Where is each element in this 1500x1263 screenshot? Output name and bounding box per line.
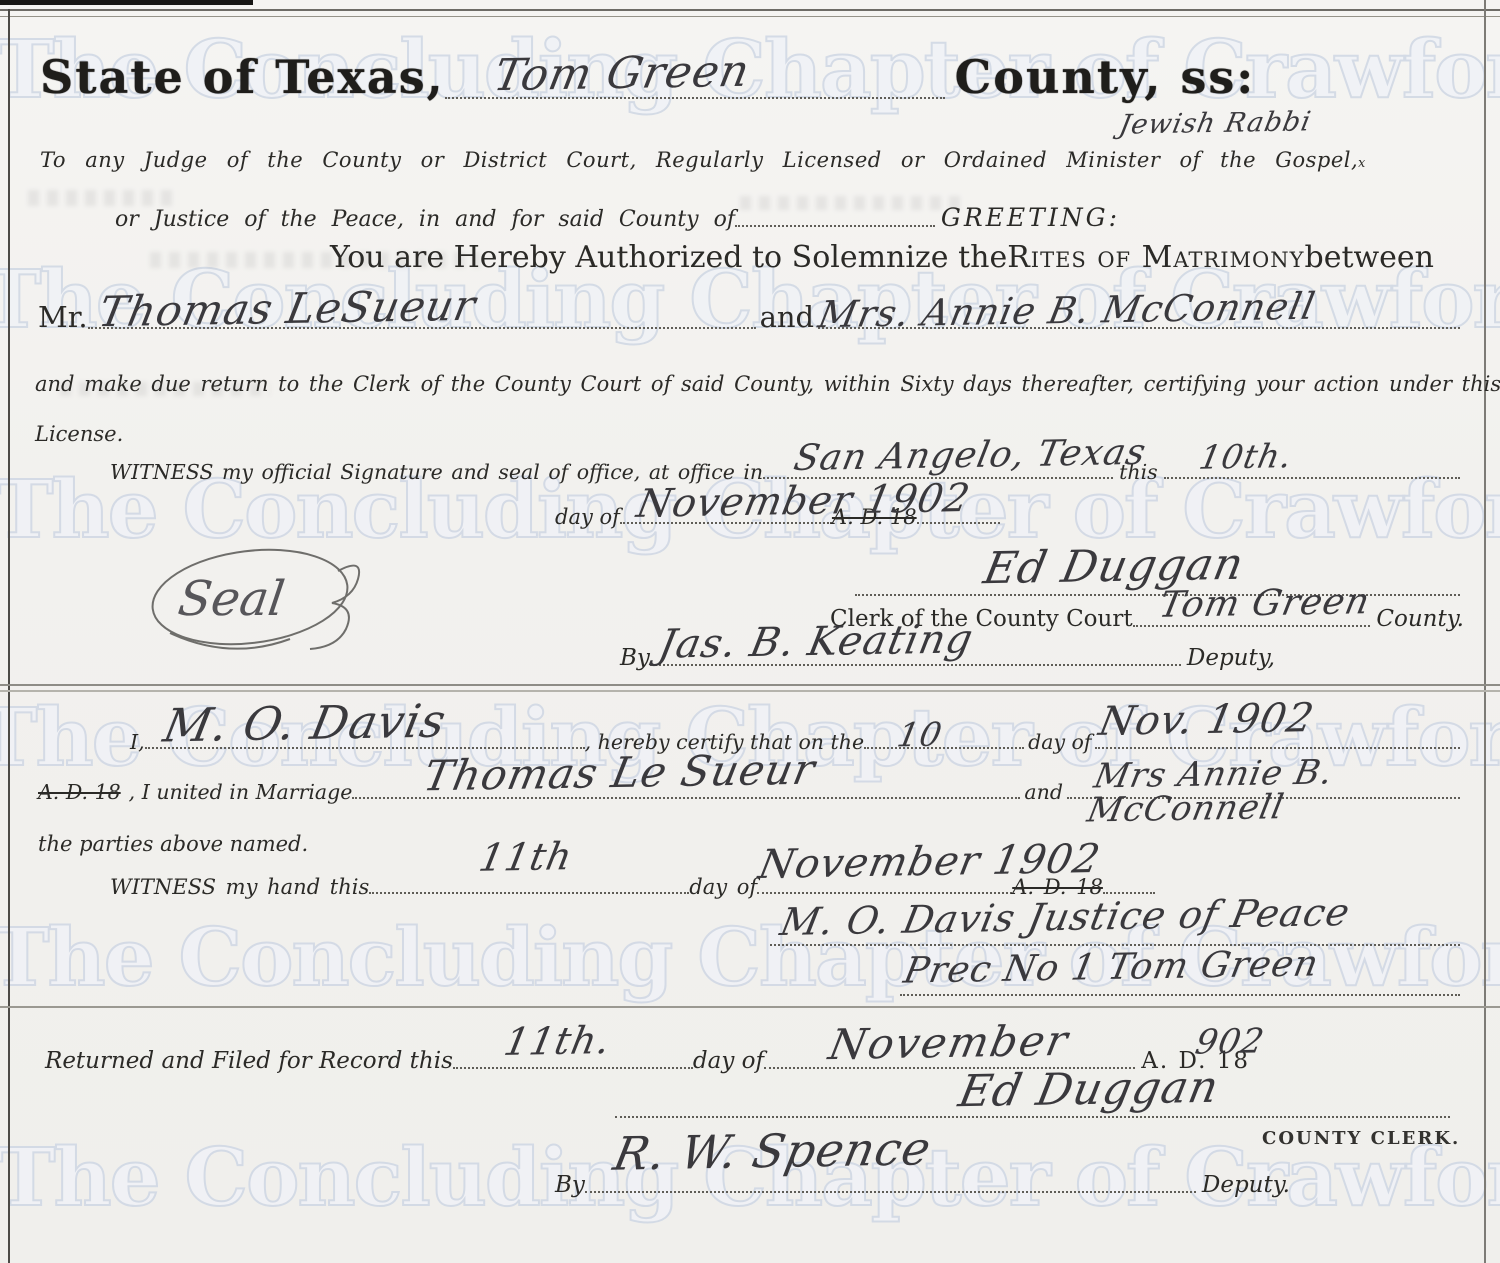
officiant-signature-handwritten: M. O. Davis Justice of Peace xyxy=(777,893,1353,941)
right-border-line xyxy=(1484,0,1486,1263)
county-clerk-label: COUNTY CLERK. xyxy=(1262,1128,1460,1149)
county-handwritten: Tom Green xyxy=(490,50,753,98)
return-clause-text: and make due return to the Clerk of the … xyxy=(35,372,1500,396)
county-of-blank-line xyxy=(735,225,935,227)
authorization-text-1: You are Hereby Authorized to Solemnize t… xyxy=(330,240,1007,275)
parties-named-line: the parties above named. xyxy=(38,832,308,856)
addressee-line2: or Justice of the Peace, in and for said… xyxy=(115,203,1120,232)
license-day-handwritten: 10th. xyxy=(1197,439,1296,474)
cert-month-blank xyxy=(1095,747,1460,749)
place-handwritten: San Angelo, Texas xyxy=(791,435,1149,477)
rites-of-matrimony-text: Rites of Matrimony xyxy=(1007,240,1304,275)
clerk-county-handwritten: Tom Green xyxy=(1156,584,1373,624)
seal-word: Seal xyxy=(175,571,288,627)
justice-of-peace-text: or Justice of the Peace, in and for said… xyxy=(115,207,735,232)
filed-by-label: By xyxy=(555,1172,585,1198)
filed-year-overwrite-handwritten: 902 xyxy=(1193,1024,1268,1059)
deputy-label: Deputy, xyxy=(1187,645,1275,671)
cert-bride-handwritten: Mrs Annie B. McConnell xyxy=(1085,752,1500,827)
witness-office-text: WITNESS my official Signature and seal o… xyxy=(110,460,763,484)
seal-flourish: Seal xyxy=(130,533,380,668)
scan-edge-bar xyxy=(0,0,253,5)
bride-name-handwritten: Mrs. Annie B. McConnell xyxy=(816,288,1319,334)
county-ss-heading: County, ss: xyxy=(955,50,1256,104)
marriage-license-document: The Concluding Chapter of Crawford The C… xyxy=(0,0,1500,1263)
cert-month-year-handwritten: Nov. 1902 xyxy=(1096,698,1318,742)
jewish-rabbi-annotation: Jewish Rabbi xyxy=(1117,108,1314,138)
left-border-line xyxy=(8,9,10,1263)
greeting-label: GREETING: xyxy=(941,203,1120,232)
state-heading: State of Texas, xyxy=(40,50,445,104)
day-of-label: day of xyxy=(555,505,620,529)
filed-text: Returned and Filed for Record this xyxy=(45,1048,453,1074)
parties-named-text: the parties above named. xyxy=(38,832,308,856)
header-line: State of Texas, County, ss: xyxy=(40,50,1470,104)
authorization-text-2: between xyxy=(1304,240,1434,275)
filed-month-handwritten: November xyxy=(825,1020,1072,1066)
county-suffix-text: County. xyxy=(1376,606,1464,632)
license-line: License. xyxy=(35,422,123,446)
and-label: and xyxy=(760,300,815,334)
insertion-caret-mark: x xyxy=(1358,155,1366,170)
county-clerk-label-line: COUNTY CLERK. xyxy=(1262,1128,1460,1149)
witness-month-year-handwritten: November 1902 xyxy=(755,839,1103,885)
date-trailing-dots xyxy=(917,522,1000,524)
license-month-year-handwritten: November 1902 xyxy=(634,479,974,524)
witness-day-blank xyxy=(369,892,689,894)
addressee-line1: To any Judge of the County or District C… xyxy=(40,148,1480,172)
officiant-name-handwritten: M. O. Davis xyxy=(160,698,450,749)
authorization-line: You are Hereby Authorized to Solemnize t… xyxy=(330,240,1434,275)
addressee-text: To any Judge of the County or District C… xyxy=(40,148,1358,172)
cert-ad18-struck: A. D. 18 xyxy=(38,780,121,804)
filed-clerk-signature-line xyxy=(615,1116,1450,1118)
deputy-signature-handwritten: Jas. B. Keating xyxy=(656,619,977,664)
witness-day-handwritten: 11th xyxy=(476,837,576,877)
cert-day-of-label: day of xyxy=(1028,730,1091,754)
cert-day-blank xyxy=(864,747,1024,749)
precinct-handwritten: Prec No 1 Tom Green xyxy=(901,946,1322,989)
witness-day-of-label: day of xyxy=(689,875,757,899)
witness-hand-text: WITNESS my hand this xyxy=(110,875,369,899)
cert-and-label: and xyxy=(1024,780,1063,804)
precinct-line xyxy=(900,994,1460,996)
united-text: , I united in Marriage xyxy=(129,780,353,804)
filed-day-blank xyxy=(453,1067,693,1069)
filed-deputy-label: Deputy. xyxy=(1202,1172,1290,1198)
groom-name-handwritten: Thomas LeSueur xyxy=(95,285,479,334)
section-divider xyxy=(0,684,1500,692)
section-divider-2 xyxy=(0,1006,1500,1010)
mr-label: Mr. xyxy=(38,300,88,334)
cert-groom-handwritten: Thomas Le Sueur xyxy=(420,749,819,798)
i-label: I, xyxy=(130,730,145,754)
return-clause-line: and make due return to the Clerk of the … xyxy=(35,372,1450,396)
by-label: By xyxy=(620,645,650,671)
filed-day-handwritten: 11th. xyxy=(501,1021,614,1061)
officiant-signature-line xyxy=(770,944,1460,946)
witness-month-blank xyxy=(757,892,1012,894)
filed-deputy-signature-handwritten: R. W. Spence xyxy=(610,1125,935,1176)
day-blank-line xyxy=(1164,477,1460,479)
cert-day-handwritten: 10 xyxy=(895,718,946,752)
license-text: License. xyxy=(35,422,123,446)
filed-deputy-blank xyxy=(585,1191,1196,1193)
filed-day-of-label: day of xyxy=(693,1048,764,1074)
filed-clerk-signature-handwritten: Ed Duggan xyxy=(955,1066,1222,1114)
top-double-rule xyxy=(0,9,1500,17)
